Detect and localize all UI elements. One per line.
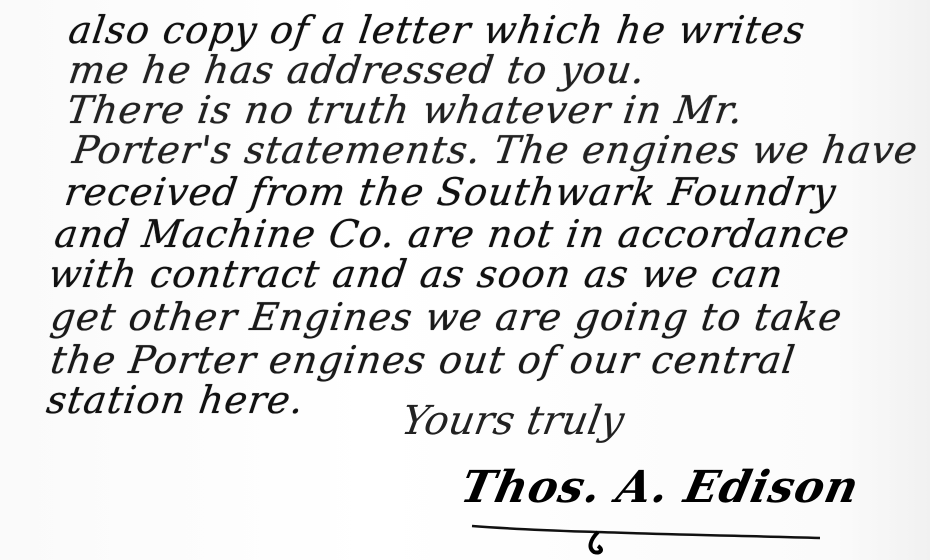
letter-line-2: me he has addressed to you. — [66, 48, 649, 92]
signature-flourish-icon — [470, 520, 830, 560]
signature: Thos. A. Edison — [457, 462, 864, 513]
letter-line-9: the Porter engines out of our central — [48, 338, 798, 382]
letter-line-3: There is no truth whatever in Mr. — [64, 88, 746, 132]
letter-line-5: received from the Southwark Foundry — [62, 170, 839, 214]
letter-line-8: get other Engines we are going to take — [48, 295, 845, 339]
letter-line-10: station here. — [44, 378, 307, 422]
letter-line-7: with contract and as soon as we can — [46, 252, 786, 296]
letter-line-6: and Machine Co. are not in accordance — [52, 212, 853, 256]
letter-line-4: Porter's statements. The engines we have — [70, 128, 921, 172]
letter-closing: Yours truly — [398, 398, 628, 444]
letter-page: also copy of a letter which he writes me… — [0, 0, 930, 560]
letter-line-1: also copy of a letter which he writes — [66, 8, 808, 52]
